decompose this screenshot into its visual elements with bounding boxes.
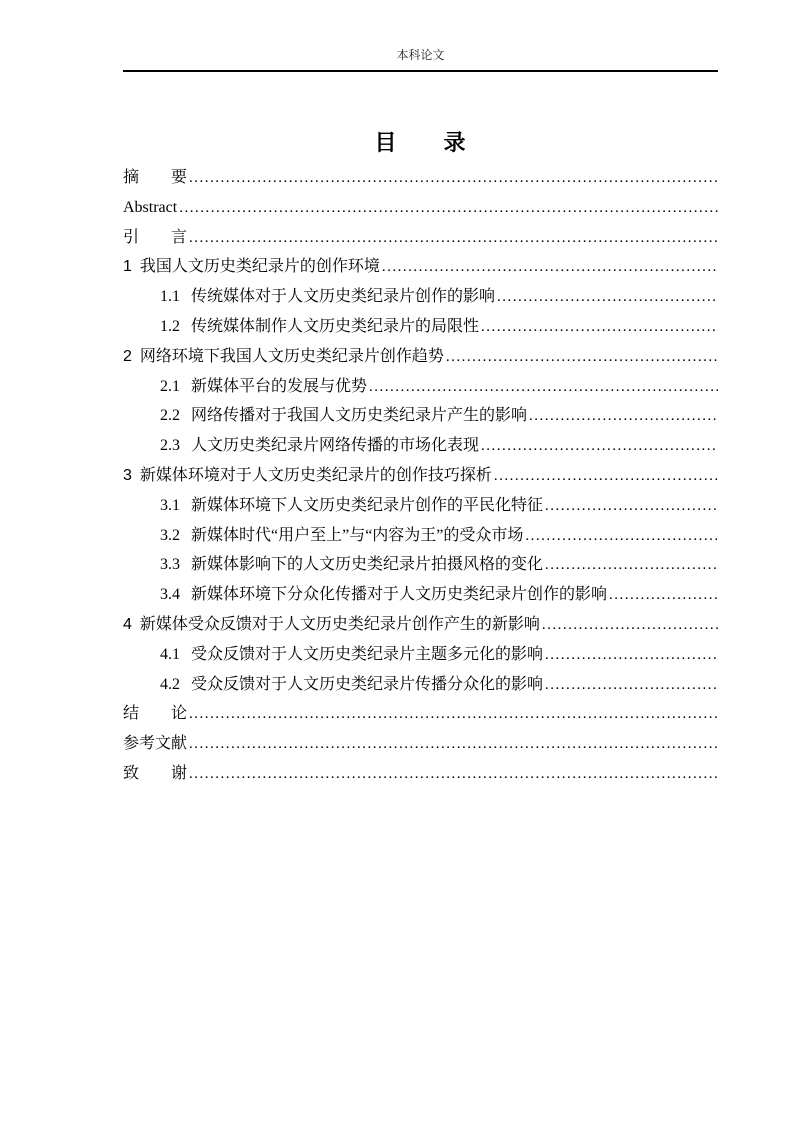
toc-entry[interactable]: 1 我国人文历史类纪录片的创作环境 ......................… <box>123 252 718 282</box>
dot-leader: ........................................… <box>187 730 718 760</box>
dot-leader: ........................................… <box>187 224 718 254</box>
toc-entry-title: 致 谢 <box>123 759 187 789</box>
running-header: 本科论文 <box>123 0 718 72</box>
dot-leader: ........................................… <box>187 760 718 790</box>
toc-entry-title: 新媒体环境下分众化传播对于人文历史类纪录片创作的影响 <box>191 580 607 610</box>
toc-entry[interactable]: 2.2 网络传播对于我国人文历史类纪录片产生的影响 ..............… <box>123 401 718 431</box>
dot-leader: ........................................… <box>479 432 718 462</box>
toc-entry-title: 摘 要 <box>123 163 187 193</box>
toc-entry-title: 人文历史类纪录片网络传播的市场化表现 <box>191 431 479 461</box>
dot-leader: ........................................… <box>543 641 718 671</box>
toc-entry[interactable]: 3.2 新媒体时代“用户至上”与“内容为王”的受众市场 ............… <box>123 521 718 551</box>
toc-entry-number: 1.1 <box>160 282 180 312</box>
toc-entry-number: 2.1 <box>160 372 180 402</box>
toc-entry-number: 3.4 <box>160 580 180 610</box>
toc-entry-number: 3 <box>123 461 132 491</box>
dot-leader: ........................................… <box>444 343 718 373</box>
toc-entry-title: 引 言 <box>123 223 187 253</box>
dot-leader: ........................................… <box>187 700 718 730</box>
toc-entry-title: 传统媒体制作人文历史类纪录片的局限性 <box>191 312 479 342</box>
dot-leader: ........................................… <box>492 462 718 492</box>
toc-entry-title: 新媒体受众反馈对于人文历史类纪录片创作产生的新影响 <box>140 610 540 640</box>
toc-entry[interactable]: 3.4 新媒体环境下分众化传播对于人文历史类纪录片创作的影响 .........… <box>123 580 718 610</box>
dot-leader: ........................................… <box>380 253 718 283</box>
toc-entry-number: 2.3 <box>160 431 180 461</box>
toc-title: 目 录 <box>123 130 718 156</box>
toc-entry[interactable]: 4.2 受众反馈对于人文历史类纪录片传播分众化的影响 .............… <box>123 670 718 700</box>
toc-entry-title: 新媒体环境下人文历史类纪录片创作的平民化特征 <box>191 491 543 521</box>
dot-leader: ........................................… <box>495 283 718 313</box>
dot-leader: ........................................… <box>367 373 718 403</box>
dot-leader: ........................................… <box>177 194 718 224</box>
toc-entry-number: 2.2 <box>160 401 180 431</box>
dot-leader: ........................................… <box>543 492 718 522</box>
dot-leader: ........................................… <box>479 313 718 343</box>
toc-entry[interactable]: 3.3 新媒体影响下的人文历史类纪录片拍摄风格的变化 .............… <box>123 550 718 580</box>
toc-entry-number: 2 <box>123 342 132 372</box>
page-content: 本科论文 目 录 摘 要 ...........................… <box>123 0 718 789</box>
toc-entry-title: 我国人文历史类纪录片的创作环境 <box>140 252 380 282</box>
toc-entry[interactable]: 4 新媒体受众反馈对于人文历史类纪录片创作产生的新影响 ............… <box>123 610 718 640</box>
toc-entry[interactable]: 3.1 新媒体环境下人文历史类纪录片创作的平民化特征 .............… <box>123 491 718 521</box>
toc-entry[interactable]: 结 论 ....................................… <box>123 699 718 729</box>
toc-entry-title: 新媒体环境对于人文历史类纪录片的创作技巧探析 <box>140 461 492 491</box>
toc-entry-title: 网络环境下我国人文历史类纪录片创作趋势 <box>140 342 444 372</box>
toc-entry-title: 传统媒体对于人文历史类纪录片创作的影响 <box>191 282 495 312</box>
toc-entry[interactable]: 2 网络环境下我国人文历史类纪录片创作趋势 ..................… <box>123 342 718 372</box>
dot-leader: ........................................… <box>543 671 718 701</box>
toc-entry-title: 结 论 <box>123 699 187 729</box>
toc-entry[interactable]: 1.2 传统媒体制作人文历史类纪录片的局限性 .................… <box>123 312 718 342</box>
toc-entry-number: 4.1 <box>160 640 180 670</box>
toc-entry-title: 新媒体影响下的人文历史类纪录片拍摄风格的变化 <box>191 550 543 580</box>
toc-entry[interactable]: 1.1 传统媒体对于人文历史类纪录片创作的影响 ................… <box>123 282 718 312</box>
toc-entry[interactable]: 4.1 受众反馈对于人文历史类纪录片主题多元化的影响 .............… <box>123 640 718 670</box>
toc-entry-number: 3.2 <box>160 521 180 551</box>
toc-entry-number: 4 <box>123 610 132 640</box>
running-header-text: 本科论文 <box>396 48 444 62</box>
dot-leader: ........................................… <box>543 551 718 581</box>
toc-entry-number: 1.2 <box>160 312 180 342</box>
toc-entry[interactable]: 3 新媒体环境对于人文历史类纪录片的创作技巧探析 ...............… <box>123 461 718 491</box>
toc-entry[interactable]: 引 言 ....................................… <box>123 223 718 253</box>
toc-entry-number: 1 <box>123 252 132 282</box>
dot-leader: ........................................… <box>527 402 718 432</box>
toc-entry-title: 受众反馈对于人文历史类纪录片主题多元化的影响 <box>191 640 543 670</box>
toc-entry-number: 3.1 <box>160 491 180 521</box>
dot-leader: ........................................… <box>540 611 718 641</box>
toc-entry-number: 4.2 <box>160 670 180 700</box>
toc-entry-title: 参考文献 <box>123 729 187 759</box>
toc-entry-title: 新媒体时代“用户至上”与“内容为王”的受众市场 <box>191 521 523 551</box>
toc-entry[interactable]: 2.3 人文历史类纪录片网络传播的市场化表现 .................… <box>123 431 718 461</box>
dot-leader: ........................................… <box>607 581 718 611</box>
toc-entry[interactable]: 参考文献 ...................................… <box>123 729 718 759</box>
document-page: 本科论文 目 录 摘 要 ...........................… <box>0 0 793 1122</box>
toc-entry[interactable]: 致 谢 ....................................… <box>123 759 718 789</box>
toc-entry-title: 网络传播对于我国人文历史类纪录片产生的影响 <box>191 401 527 431</box>
toc-entry-title: 受众反馈对于人文历史类纪录片传播分众化的影响 <box>191 670 543 700</box>
toc-entry[interactable]: 2.1 新媒体平台的发展与优势 ........................… <box>123 372 718 402</box>
toc-entry-number: 3.3 <box>160 550 180 580</box>
toc-entry[interactable]: Abstract ...............................… <box>123 193 718 223</box>
toc-entry-title: 新媒体平台的发展与优势 <box>191 372 367 402</box>
toc-entry[interactable]: 摘 要 ....................................… <box>123 163 718 193</box>
dot-leader: ........................................… <box>187 164 718 194</box>
toc-list: 摘 要 ....................................… <box>123 163 718 789</box>
dot-leader: ........................................… <box>523 522 718 552</box>
toc-entry-title: Abstract <box>123 193 177 223</box>
